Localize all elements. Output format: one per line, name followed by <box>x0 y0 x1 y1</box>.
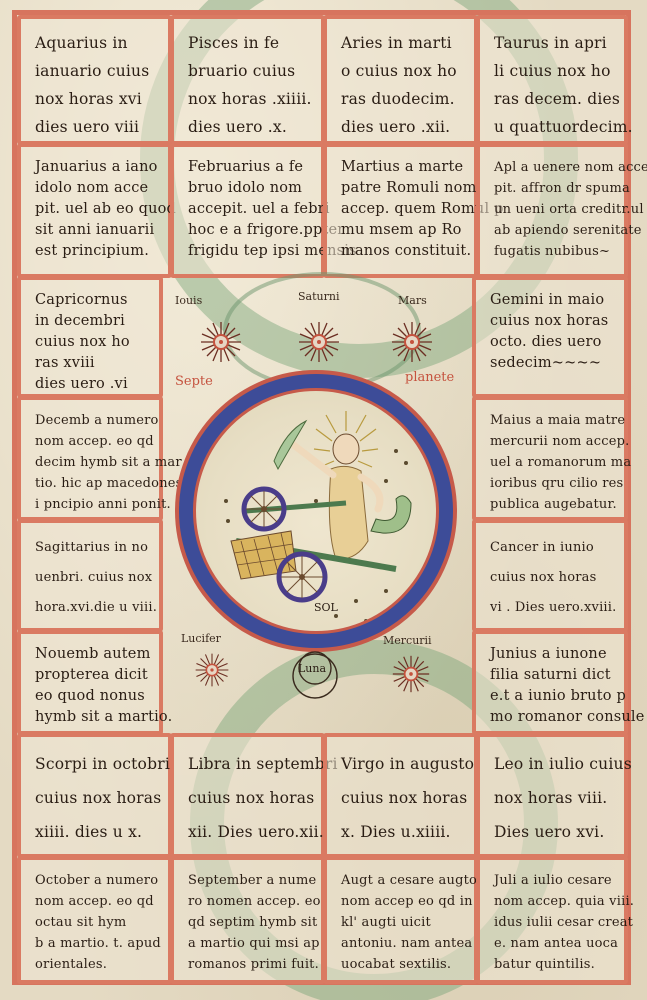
text-line: Maius a maia matre <box>490 410 614 431</box>
luna-label: Luna <box>298 662 326 675</box>
text-line: accepit. uel a febri <box>188 199 311 220</box>
planet-label-mars: Mars <box>398 294 427 307</box>
sol-chariot-illustration <box>196 391 436 631</box>
panel-aprilis: Apl a uenere nom acce pit. affron dr spu… <box>476 143 628 278</box>
planet-label-jupiter: Iouis <box>175 294 202 307</box>
text-line: Martius a marte <box>341 157 464 178</box>
text-line: hoc e a frigore.ppter <box>188 220 311 241</box>
text-line: Pisces in fe <box>188 29 311 57</box>
text-line: i pncipio anni ponit. <box>35 494 149 515</box>
text-line: dies uero .xii. <box>341 113 464 141</box>
text-line: pit. affron dr spuma <box>494 178 614 199</box>
text-line: dies uero .x. <box>188 113 311 141</box>
panel-augustus: Augt a cesare augto nom accep eo qd in k… <box>323 856 478 984</box>
text-line: bruo idolo nom <box>188 178 311 199</box>
panel-leo: Leo in iulio cuius nox horas viii. Dies … <box>476 733 628 858</box>
text-line: mercurii nom accep. <box>490 431 614 452</box>
panel-julius: Juli a iulio cesare nom accep. quia viii… <box>476 856 628 984</box>
star-icon-venus <box>194 652 230 688</box>
text-line: ianuario cuius <box>35 57 158 85</box>
text-line: nom accep. eo qd <box>35 431 149 452</box>
text-line: nom accep. quia viii. <box>494 891 614 912</box>
text-line: sit anni ianuarii <box>35 220 158 241</box>
text-line: e.t a iunio bruto p <box>490 686 614 707</box>
panel-aquarius: Aquarius in ianuario cuius nox horas xvi… <box>17 15 172 145</box>
text-line: Aries in marti <box>341 29 464 57</box>
text-line: mo romanor consule <box>490 707 614 728</box>
panel-september: September a nume ro nomen accep. eo qd s… <box>170 856 325 984</box>
text-line: ab apiendo serenitate <box>494 220 614 241</box>
text-line: uel a romanorum ma <box>490 452 614 473</box>
text-line: filia saturni dict <box>490 665 614 686</box>
text-line: Februarius a fe <box>188 157 311 178</box>
text-line: octo. dies uero <box>490 332 614 353</box>
panel-scorpius: Scorpi in octobri cuius nox horas xiiii.… <box>17 733 172 858</box>
text-line: idus iulii cesar creat <box>494 912 614 933</box>
sun-disc: SOL <box>175 370 457 652</box>
text-line: idolo nom acce <box>35 178 158 199</box>
text-line: Libra in septembri <box>188 747 311 781</box>
text-line: tio. hic ap macedones <box>35 473 149 494</box>
panel-libra: Libra in septembri cuius nox horas xii. … <box>170 733 325 858</box>
text-line: sedecim~~~~ <box>490 353 614 374</box>
text-line: nom accep. eo qd <box>35 891 158 912</box>
sun-disc-interior: SOL <box>193 388 439 634</box>
panel-aries: Aries in marti o cuius nox ho ras duodec… <box>323 15 478 145</box>
text-line: ras duodecim. <box>341 85 464 113</box>
text-line: u quattuordecim. <box>494 113 614 141</box>
moon-crescent-icon <box>287 650 343 700</box>
text-line: b a martio. t. apud <box>35 933 158 954</box>
text-line: cuius nox horas <box>490 311 614 332</box>
panel-pisces: Pisces in fe bruario cuius nox horas .xi… <box>170 15 325 145</box>
panel-cancer: Cancer in iunio cuius nox horas vi . Die… <box>472 519 628 632</box>
text-line: uenbri. cuius nox <box>35 563 149 593</box>
panel-december: Decemb a numero nom accep. eo qd decim h… <box>17 396 163 521</box>
text-line: Augt a cesare augto <box>341 870 464 891</box>
text-line: fugatis nubibus~ <box>494 241 614 262</box>
text-line: pit. uel ab eo quod <box>35 199 158 220</box>
planet-label-saturn: Saturni <box>298 290 339 303</box>
text-line: eo quod nonus <box>35 686 149 707</box>
text-line: romanos primi fuit. <box>188 954 311 975</box>
text-line: mu msem ap Ro <box>341 220 464 241</box>
text-line: est principium. <box>35 241 158 262</box>
planet-label-lucifer: Lucifer <box>181 632 221 645</box>
text-line: Aquarius in <box>35 29 158 57</box>
text-line: Nouemb autem <box>35 644 149 665</box>
text-line: Cancer in iunio <box>490 533 614 563</box>
text-line: propterea dicit <box>35 665 149 686</box>
panel-capricornus: Capricornus in decembri cuius nox ho ras… <box>17 276 163 398</box>
panel-virgo: Virgo in augusto cuius nox horas x. Dies… <box>323 733 478 858</box>
rubric-planete: planete <box>405 370 454 385</box>
text-line: Decemb a numero <box>35 410 149 431</box>
text-line: frigidu tep ipsi mensis <box>188 241 311 262</box>
text-line: October a numero <box>35 870 158 891</box>
text-line: Capricornus <box>35 290 149 311</box>
text-line: ras decem. dies <box>494 85 614 113</box>
rubric-septe: Septe <box>175 374 213 389</box>
panel-november: Nouemb autem propterea dicit eo quod non… <box>17 630 163 735</box>
text-line: li cuius nox ho <box>494 57 614 85</box>
planetary-diagram: Iouis Saturni Mars Septe pla <box>163 282 471 734</box>
text-line: kl' augti uicit <box>341 912 464 933</box>
text-line: nox horas .xiiii. <box>188 85 311 113</box>
star-icon-mars <box>390 320 434 364</box>
star-icon-jupiter <box>199 320 243 364</box>
text-line: orientales. <box>35 954 158 975</box>
sol-label: SOL <box>314 601 338 614</box>
text-line: uocabat sextilis. <box>341 954 464 975</box>
text-line: batur quintilis. <box>494 954 614 975</box>
panel-maius: Maius a maia matre mercurii nom accep. u… <box>472 396 628 521</box>
text-line: Taurus in apri <box>494 29 614 57</box>
text-line: vi . Dies uero.xviii. <box>490 593 614 623</box>
text-line: bruario cuius <box>188 57 311 85</box>
panel-taurus: Taurus in apri li cuius nox ho ras decem… <box>476 15 628 145</box>
panel-gemini: Gemini in maio cuius nox horas octo. die… <box>472 276 628 398</box>
star-icon-saturn <box>297 320 341 364</box>
text-line: Gemini in maio <box>490 290 614 311</box>
text-line: ioribus qru cilio res <box>490 473 614 494</box>
text-line: publica augebatur. <box>490 494 614 515</box>
text-line: decim hymb sit a mar <box>35 452 149 473</box>
text-line: dies uero .vi <box>35 374 149 395</box>
text-line: cuius nox horas <box>35 781 158 815</box>
text-line: nox horas xvi <box>35 85 158 113</box>
text-line: cuius nox horas <box>341 781 464 815</box>
text-line: Juli a iulio cesare <box>494 870 614 891</box>
text-line: accep. quem Romul p <box>341 199 464 220</box>
text-line: antoniu. nam antea <box>341 933 464 954</box>
panel-junius: Junius a iunone filia saturni dict e.t a… <box>472 630 628 735</box>
panel-februarius: Februarius a fe bruo idolo nom accepit. … <box>170 143 325 278</box>
text-line: cuius nox horas <box>188 781 311 815</box>
text-line: Dies uero xvi. <box>494 815 614 849</box>
text-line: ro nomen accep. eo <box>188 891 311 912</box>
text-line: Sagittarius in no <box>35 533 149 563</box>
text-line: nox horas viii. <box>494 781 614 815</box>
panel-october: October a numero nom accep. eo qd octau … <box>17 856 172 984</box>
text-line: x. Dies u.xiiii. <box>341 815 464 849</box>
text-line: cuius nox ho <box>35 332 149 353</box>
text-line: Januarius a iano <box>35 157 158 178</box>
text-line: dies uero viii <box>35 113 158 141</box>
text-line: o cuius nox ho <box>341 57 464 85</box>
text-line: xii. Dies uero.xii. <box>188 815 311 849</box>
text-line: a martio qui msi ap <box>188 933 311 954</box>
text-line: hora.xvi.die u viii. <box>35 593 149 623</box>
panel-sagittarius: Sagittarius in no uenbri. cuius nox hora… <box>17 519 163 632</box>
text-line: qd septim hymb sit <box>188 912 311 933</box>
text-line: patre Romuli nom <box>341 178 464 199</box>
planet-label-mercury: Mercurii <box>383 634 432 647</box>
text-line: Virgo in augusto <box>341 747 464 781</box>
star-icon-mercury <box>391 654 431 694</box>
text-line: Junius a iunone <box>490 644 614 665</box>
text-line: Scorpi in octobri <box>35 747 158 781</box>
text-line: cuius nox horas <box>490 563 614 593</box>
text-line: un ueni orta creditr.ul <box>494 199 614 220</box>
panel-martius: Martius a marte patre Romuli nom accep. … <box>323 143 478 278</box>
text-line: Leo in iulio cuius <box>494 747 614 781</box>
panel-januarius: Januarius a iano idolo nom acce pit. uel… <box>17 143 172 278</box>
text-line: manos constituit. <box>341 241 464 262</box>
text-line: xiiii. dies u x. <box>35 815 158 849</box>
text-line: ras xviii <box>35 353 149 374</box>
text-line: octau sit hym <box>35 912 158 933</box>
text-line: in decembri <box>35 311 149 332</box>
text-line: e. nam antea uoca <box>494 933 614 954</box>
text-line: September a nume <box>188 870 311 891</box>
text-line: nom accep eo qd in <box>341 891 464 912</box>
text-line: Apl a uenere nom acce <box>494 157 614 178</box>
text-line: hymb sit a martio. <box>35 707 149 728</box>
